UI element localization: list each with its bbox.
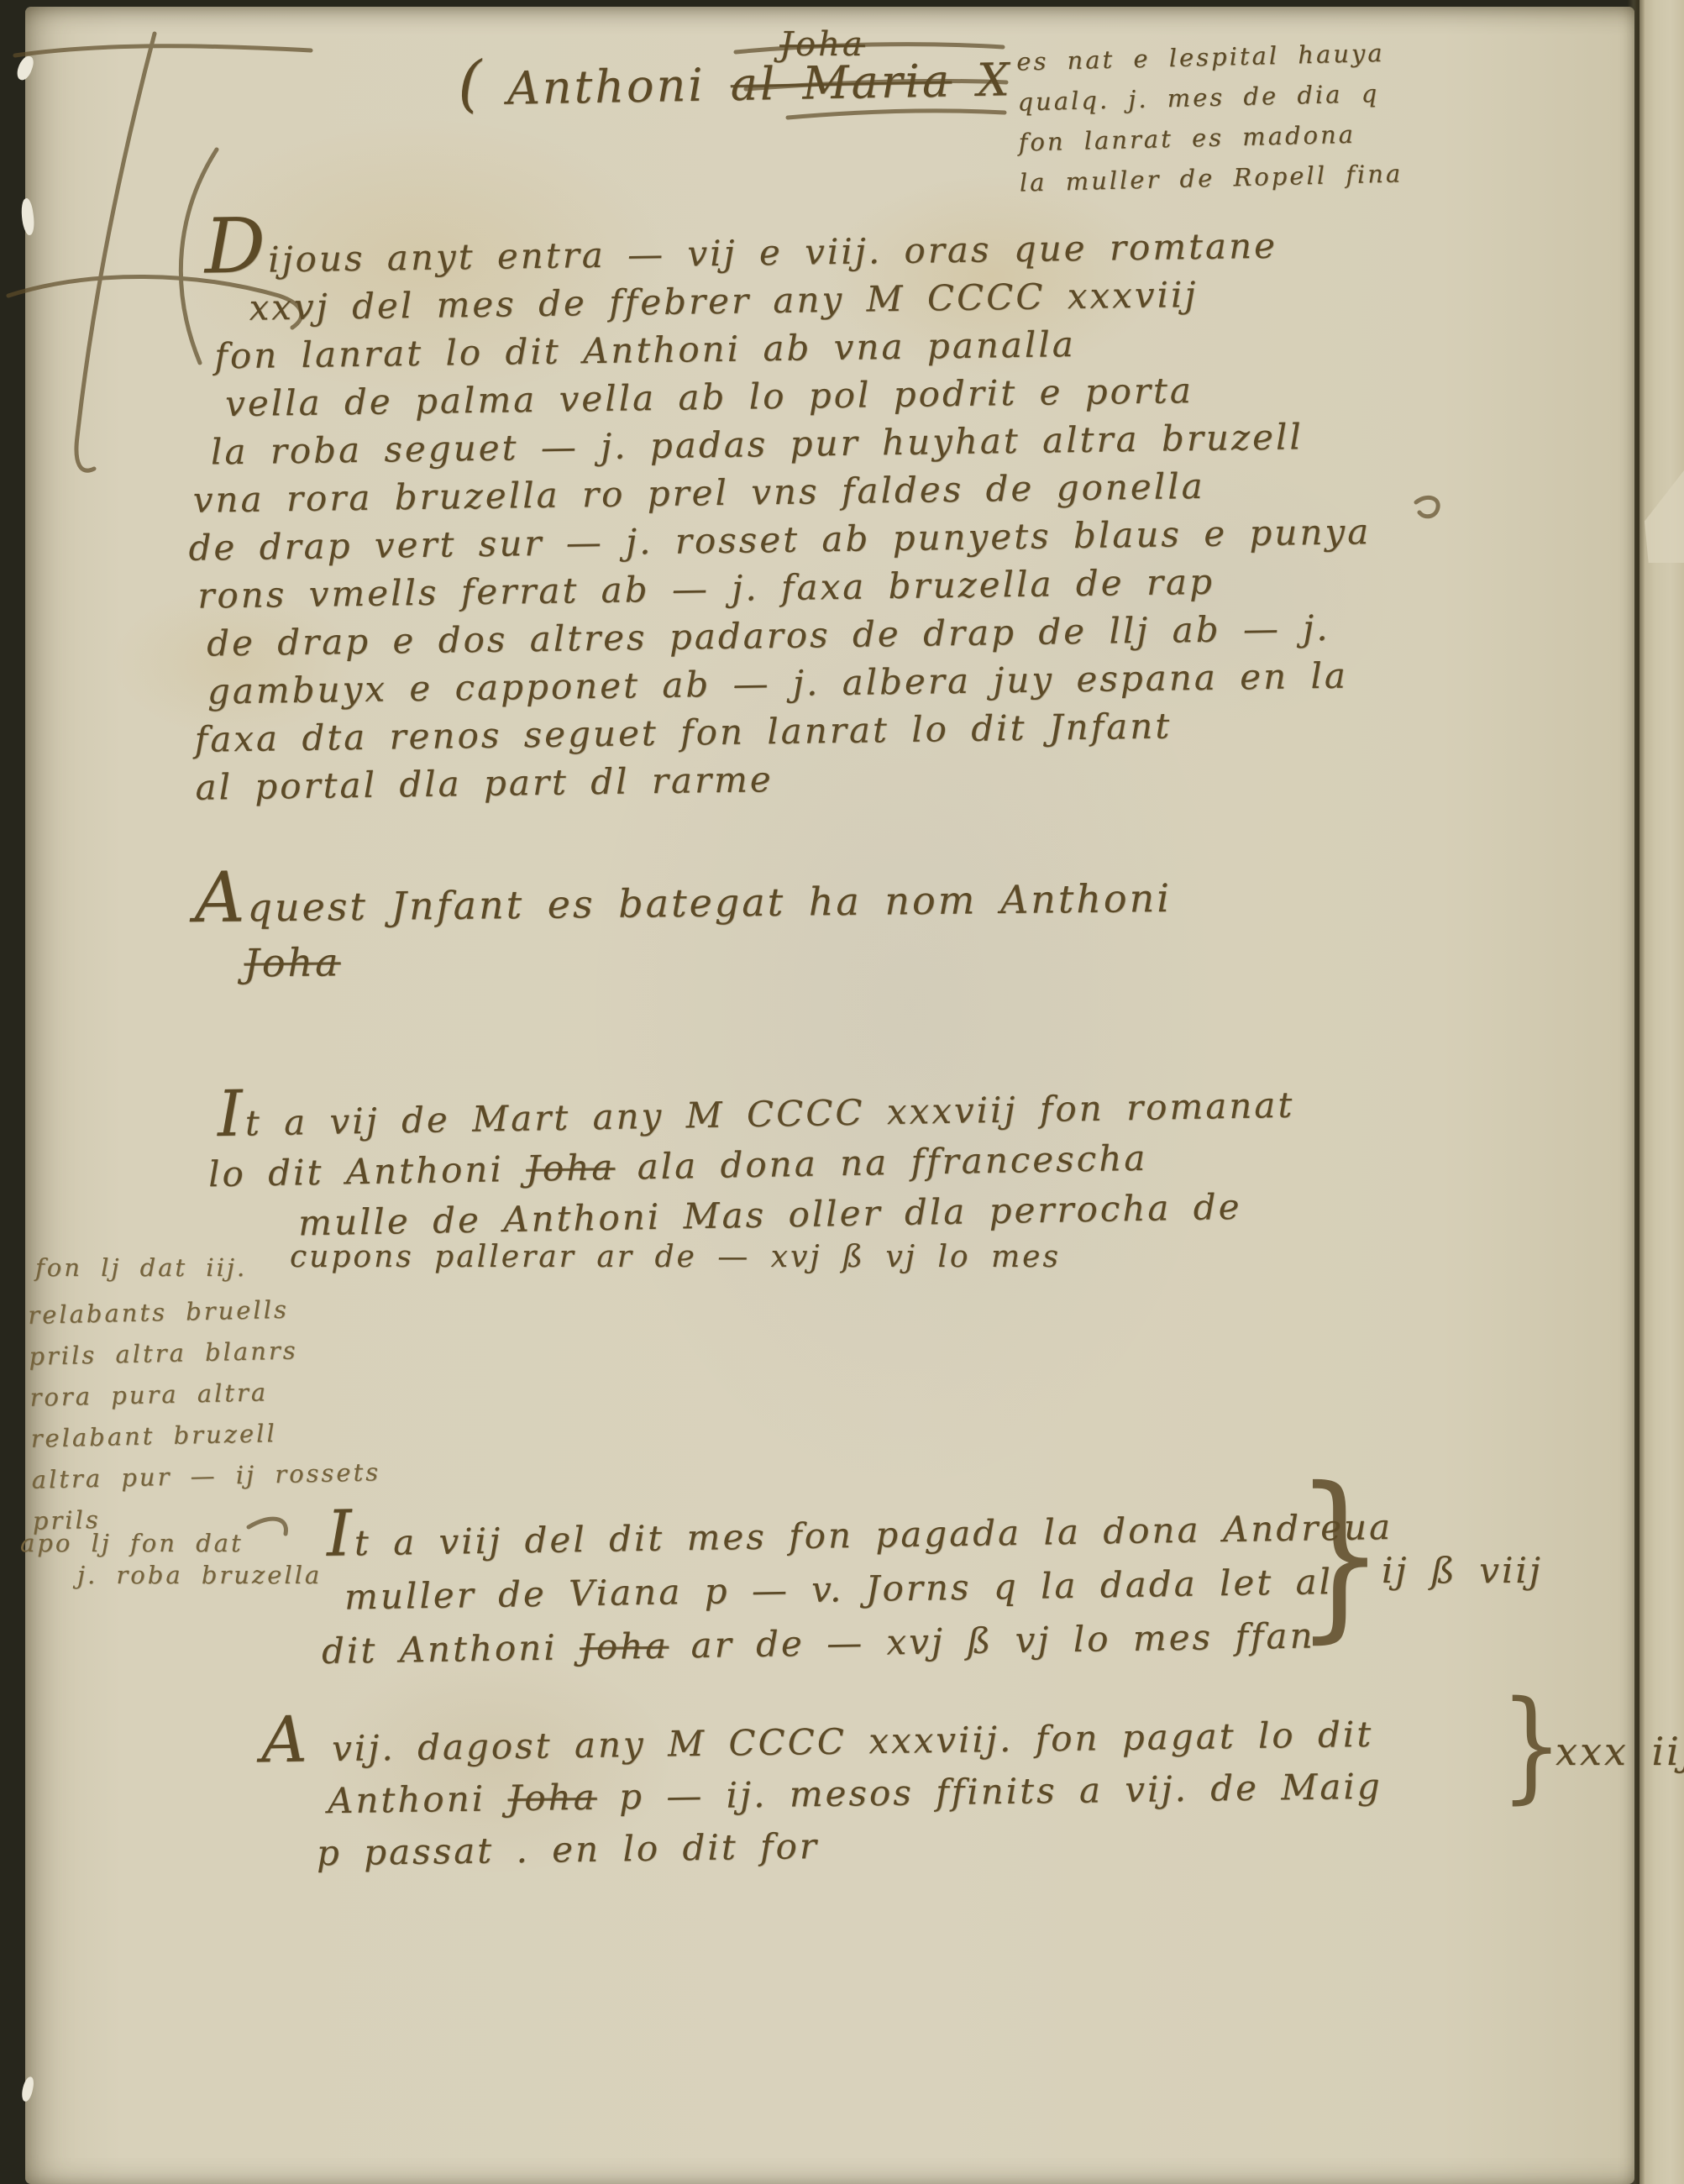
payment-nurse-note: It a viij del dit mes fon pagada la dona… [320,1500,1395,1678]
placement-note: It a vij de Mart any M CCCC xxxviij fon … [207,1079,1297,1251]
manuscript-scan: Joha ( Anthoni al Maria X es nat e lespi… [0,0,1684,2184]
payment-line-pre: dit Anthoni [322,1626,580,1672]
baptism-line: Aquest Jnfant es bategat ha nom Anthoni [194,869,1172,936]
birth-side-note: es nat e lespital hauya qualq. j. mes de… [1016,32,1403,202]
payment-struck-name: Joha [580,1625,669,1668]
margin-allowance-text: cupons pallerar ar de — xvj ß vj lo mes [290,1240,1061,1274]
placement-line-pre: lo dit Anthoni [208,1148,527,1195]
payment-line-pre: Anthoni [328,1777,508,1821]
margin-allowance-lead: fon lj dat iij. [35,1253,247,1282]
next-folio-edge [1639,0,1684,2184]
payment-struck-name: Joha [507,1777,597,1819]
payment-line-post: ar de — xvj ß vj lo mes ffan [669,1614,1315,1666]
payment-brace: } [1500,1674,1563,1815]
payment-amount: ij ß viij [1382,1550,1543,1591]
title-struck-name: al Maria [730,54,952,111]
entry-title: ( Anthoni al Maria X [457,39,1012,119]
payment-foster-note: A vij. dagost any M CCCC xxxviij. fon pa… [261,1708,1383,1881]
title-flourish-mark: ( [457,48,482,119]
title-cross-mark: X [977,53,1013,107]
payment-line-post: p — ij. mesos ffinits a vij. de Maig [596,1766,1382,1818]
title-name: Anthoni [506,58,731,115]
payment-amount: xxx iij ß [1555,1729,1684,1774]
entry-paragraph: Dijous anyt entra — vij e viij. oras que… [182,212,1374,811]
margin-gift-note-line: j. roba bruzella [77,1561,322,1589]
baptism-struck-name: Joha [244,926,1173,991]
baptism-note: Aquest Jnfant es bategat ha nom Anthoni … [194,869,1173,991]
payment-brace: } [1295,1449,1385,1660]
placement-line-post: ala dona na ffrancescha [615,1137,1148,1188]
margin-gift-note-line: apo lj fon dat [20,1529,244,1557]
placement-struck-name: Joha [526,1147,616,1189]
